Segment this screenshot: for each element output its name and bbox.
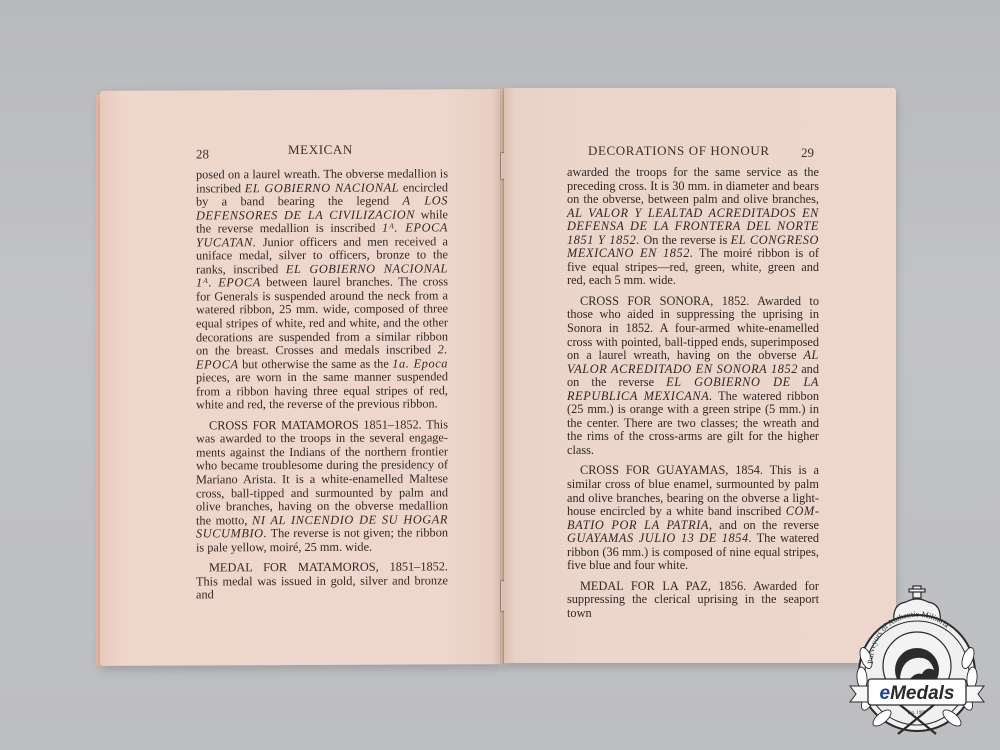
italic-inscription: EL GOBIERNO DE LA REPUBLICA MEXICANA. <box>567 375 819 403</box>
right-page: DECORATIONS OF HONOUR 29 awarded the tro… <box>504 88 896 663</box>
italic-inscription: NI AL INCENDIO DE SU HOGAR SUCUMBIO. <box>196 512 448 541</box>
italic-inscription: EL GOBIERNO NACIONAL <box>245 180 399 195</box>
running-head-right: DECORATIONS OF HONOUR <box>588 143 770 159</box>
emedals-badge-icon: Purveyors of Authentic Militaria eMedals… <box>842 578 992 744</box>
italic-inscription: EL GOBIERNO NACIONAL 1ᴬ. EPOCA <box>196 261 448 290</box>
left-page-text: posed on a laurel wreath. The obverse me… <box>196 167 448 602</box>
italic-inscription: AL VALOR ACRED­ITADO EN SONORA 1852 <box>567 348 819 376</box>
continued-paragraph: posed on a laurel wreath. The obverse me… <box>196 167 448 412</box>
entry-paragraph: CROSS FOR SONORA, 1852. Awarded to those… <box>567 295 819 458</box>
svg-text:eMedals: eMedals <box>880 683 955 704</box>
brand-suffix: Medals <box>890 683 954 704</box>
entry-paragraph: MEDAL FOR LA PAZ, 1856. Awarded for supp… <box>567 580 819 621</box>
page-number-right: 29 <box>801 145 814 161</box>
entry-paragraph: CROSS FOR MATAMOROS 1851–1852. This was … <box>196 418 448 555</box>
italic-inscription: 1a. Epoca <box>392 356 448 370</box>
italic-inscription: GUAYAMAS JULIO 13 DE 1854. <box>567 531 752 545</box>
page-number-left: 28 <box>196 146 209 162</box>
entry-paragraph: MEDAL FOR MATAMOROS, 1851–1852. This med… <box>196 561 448 603</box>
italic-inscription: COM­BATIO POR LA PATRIA, <box>567 504 819 532</box>
italic-inscription: A LOS DEFENSORES DE LA CIVILIZACION <box>196 193 448 222</box>
italic-inscription: 1ᴬ. EPOCA YUCATAN. <box>196 221 448 250</box>
continued-paragraph: awarded the troops for the same service … <box>567 166 819 288</box>
brand-prefix: e <box>880 683 891 704</box>
running-head-left: MEXICAN <box>288 142 353 158</box>
entry-paragraph: CROSS FOR GUAYAMAS, 1854. This is a simi… <box>567 464 819 572</box>
established-text: Est. 1997 <box>908 711 927 716</box>
left-page: 28 MEXICAN posed on a laurel wreath. The… <box>100 89 502 666</box>
right-page-text: awarded the troops for the same service … <box>567 166 819 621</box>
emedals-watermark-logo: Purveyors of Authentic Militaria eMedals… <box>842 578 992 744</box>
